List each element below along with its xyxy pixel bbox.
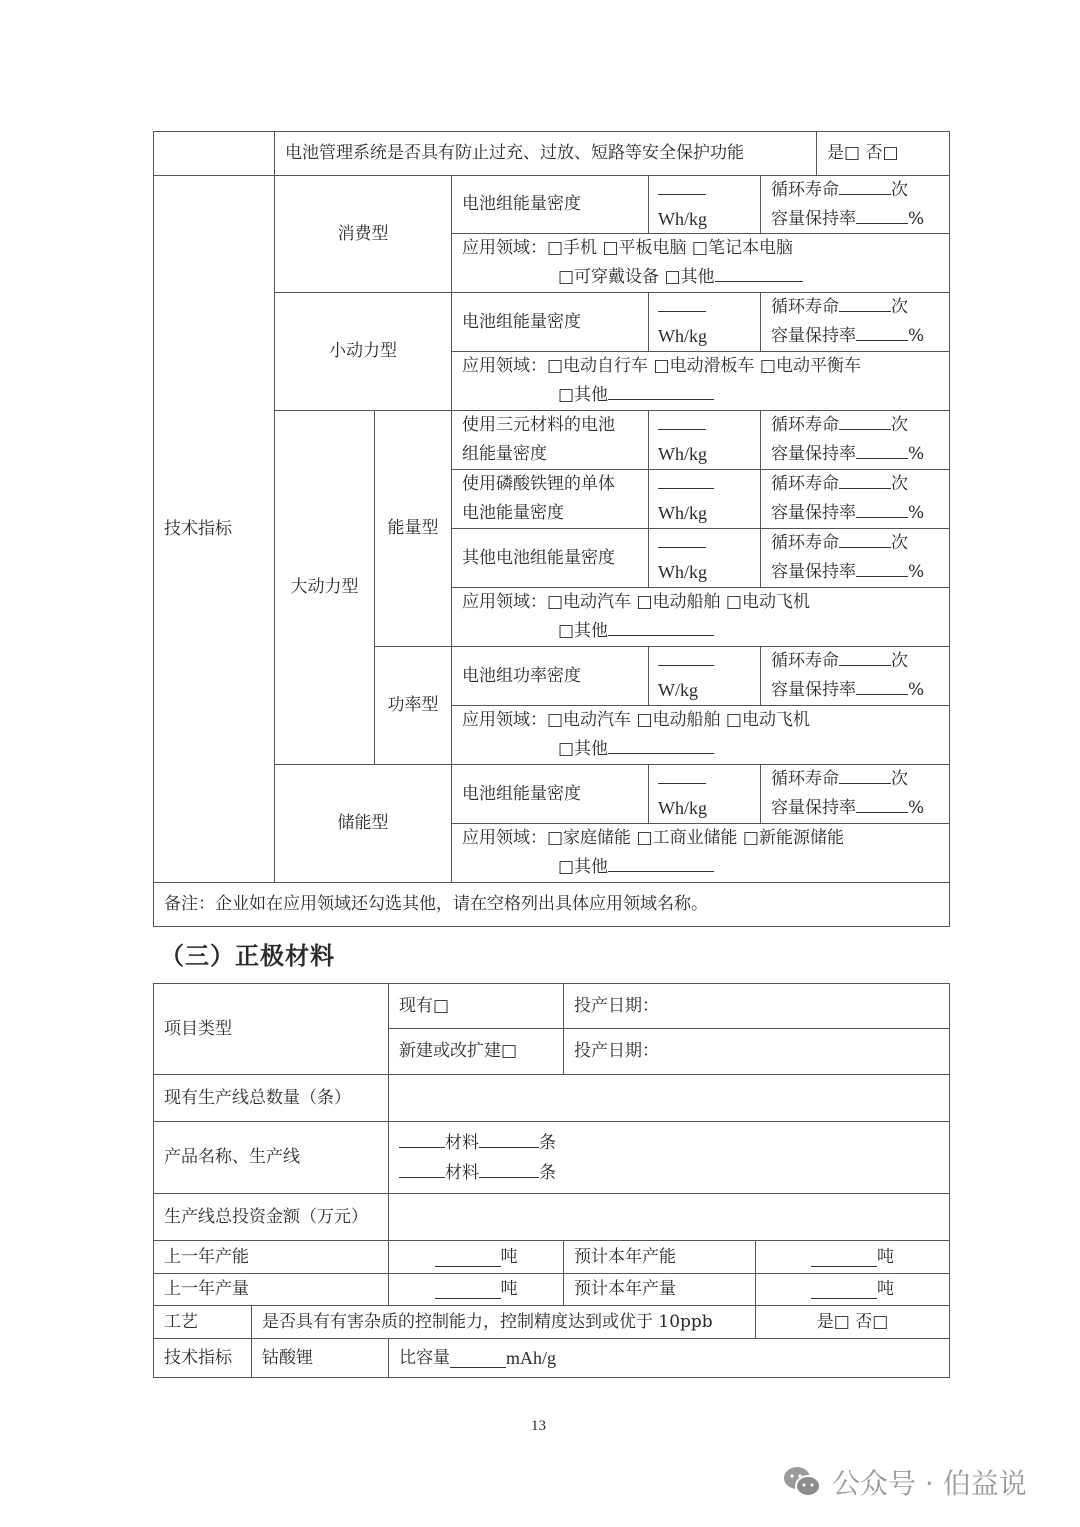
tech-label: 技术指标 <box>153 1338 252 1378</box>
watermark: 公众号 · 伯益说 <box>782 1462 1027 1502</box>
new-production-date-field[interactable]: 投产日期： <box>563 1028 950 1075</box>
small-power-type-label: 小动力型 <box>274 292 452 411</box>
table-note: 备注：企业如在应用领域还勾选其他，请在空格列出具体应用领域名称。 <box>153 882 950 927</box>
consumer-app-fields[interactable]: 应用领域：□手机 □平板电脑 □笔记本电脑 □可穿戴设备 □其他 <box>451 233 950 293</box>
energy-metric-other: 其他电池组能量密度 <box>451 528 649 588</box>
last-year-output-field[interactable]: 吨 <box>388 1273 564 1306</box>
expected-capacity-label: 预计本年产能 <box>563 1240 756 1274</box>
energy-metric-ternary: 使用三元材料的电池 组能量密度 <box>451 410 649 470</box>
empty-cell <box>153 131 275 176</box>
material-name: 钴酸锂 <box>251 1338 389 1378</box>
process-yes-no-checkbox[interactable]: 是□ 否□ <box>755 1305 950 1339</box>
product-lines-fields[interactable]: 材料条 材料条 <box>388 1121 950 1194</box>
total-lines-field[interactable] <box>388 1074 950 1122</box>
existing-production-date-field[interactable]: 投产日期： <box>563 983 950 1029</box>
small-power-metric: 电池组能量密度 <box>451 292 649 352</box>
energy-metric-lfp: 使用磷酸铁锂的单体 电池能量密度 <box>451 469 649 529</box>
expected-output-field[interactable]: 吨 <box>755 1273 950 1306</box>
other-density-field[interactable]: Wh/kg <box>648 528 761 588</box>
storage-metric: 电池组能量密度 <box>451 764 649 824</box>
last-year-capacity-label: 上一年产能 <box>153 1240 389 1274</box>
power-density-field[interactable]: W/kg <box>648 646 761 706</box>
storage-type-label: 储能型 <box>274 764 452 883</box>
bms-yes-no-checkbox[interactable]: 是□ 否□ <box>816 131 950 176</box>
total-investment-field[interactable] <box>388 1193 950 1241</box>
process-question: 是否具有有害杂质的控制能力，控制精度达到或优于 10ppb <box>251 1305 756 1339</box>
last-year-output-label: 上一年产量 <box>153 1273 389 1306</box>
consumer-cycle-fields[interactable]: 循环寿命次 容量保持率% <box>760 175 950 234</box>
project-type-label: 项目类型 <box>153 983 389 1075</box>
page-number: 13 <box>531 1418 546 1435</box>
energy-type-app-fields[interactable]: 应用领域：□电动汽车 □电动船舶 □电动飞机 □其他 <box>451 587 950 647</box>
bms-question: 电池管理系统是否具有防止过充、过放、短路等安全保护功能 <box>274 131 817 176</box>
small-power-energy-density-field[interactable]: Wh/kg <box>648 292 761 352</box>
tech-indicator-label: 技术指标 <box>153 175 275 883</box>
power-type-app-fields[interactable]: 应用领域：□电动汽车 □电动船舶 □电动飞机 □其他 <box>451 705 950 765</box>
consumer-metric: 电池组能量密度 <box>451 175 649 234</box>
lfp-density-field[interactable]: Wh/kg <box>648 469 761 529</box>
power-type-metric: 电池组功率密度 <box>451 646 649 706</box>
specific-capacity-field[interactable]: 比容量mAh/g <box>388 1338 950 1378</box>
existing-checkbox[interactable]: 现有□ <box>388 983 564 1029</box>
ternary-density-field[interactable]: Wh/kg <box>648 410 761 470</box>
storage-cycle-fields[interactable]: 循环寿命次 容量保持率% <box>760 764 950 824</box>
small-power-cycle-fields[interactable]: 循环寿命次 容量保持率% <box>760 292 950 352</box>
product-lines-label: 产品名称、生产线 <box>153 1121 389 1194</box>
lfp-cycle-fields[interactable]: 循环寿命次 容量保持率% <box>760 469 950 529</box>
expected-output-label: 预计本年产量 <box>563 1273 756 1306</box>
energy-type-label: 能量型 <box>374 410 452 647</box>
consumer-type-label: 消费型 <box>274 175 452 293</box>
large-power-type-label: 大动力型 <box>274 410 375 765</box>
small-power-app-fields[interactable]: 应用领域：□电动自行车 □电动滑板车 □电动平衡车 □其他 <box>451 351 950 411</box>
storage-density-field[interactable]: Wh/kg <box>648 764 761 824</box>
power-type-label: 功率型 <box>374 646 452 765</box>
consumer-energy-density-field[interactable]: Wh/kg <box>648 175 761 234</box>
process-label: 工艺 <box>153 1305 252 1339</box>
power-cycle-fields[interactable]: 循环寿命次 容量保持率% <box>760 646 950 706</box>
storage-app-fields[interactable]: 应用领域：□家庭储能 □工商业储能 □新能源储能 □其他 <box>451 823 950 883</box>
ternary-cycle-fields[interactable]: 循环寿命次 容量保持率% <box>760 410 950 470</box>
total-investment-label: 生产线总投资金额（万元） <box>153 1193 389 1241</box>
other-cycle-fields[interactable]: 循环寿命次 容量保持率% <box>760 528 950 588</box>
wechat-icon <box>782 1465 822 1499</box>
last-year-capacity-field[interactable]: 吨 <box>388 1240 564 1274</box>
section-heading-cathode-materials: （三）正极材料 <box>160 936 335 971</box>
new-build-checkbox[interactable]: 新建或改扩建□ <box>388 1028 564 1075</box>
expected-capacity-field[interactable]: 吨 <box>755 1240 950 1274</box>
total-lines-label: 现有生产线总数量（条） <box>153 1074 389 1122</box>
